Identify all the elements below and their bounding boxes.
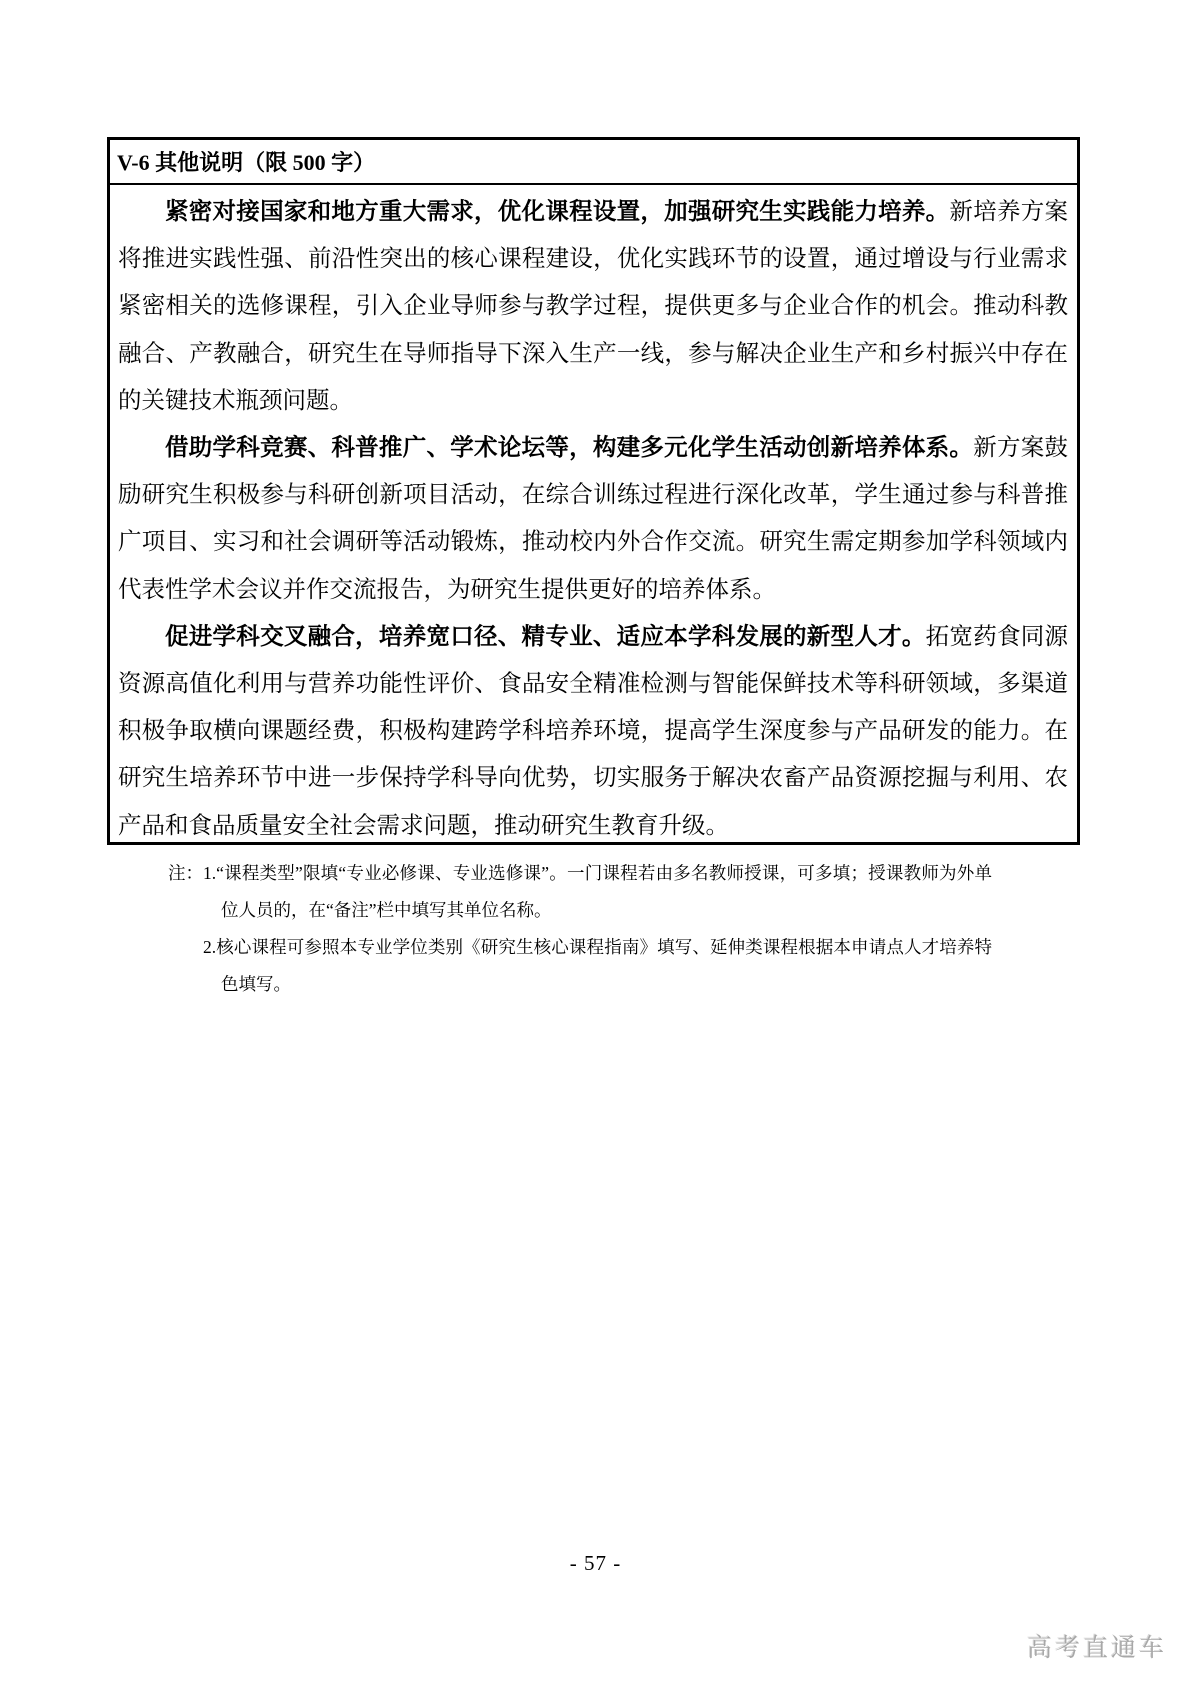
footnotes-label: 注： — [168, 855, 203, 1003]
footnotes: 注： 1.“课程类型”限填“专业必修课、专业选修课”。一门课程若由多名教师授课，… — [168, 855, 992, 1003]
section-body: 紧密对接国家和地方重大需求，优化课程设置，加强研究生实践能力培养。新培养方案将推… — [110, 185, 1077, 845]
section-title: V-6 其他说明（限 500 字） — [110, 140, 1077, 185]
form-section-v6: V-6 其他说明（限 500 字） 紧密对接国家和地方重大需求，优化课程设置，加… — [107, 137, 1080, 845]
paragraph: 促进学科交叉融合，培养宽口径、精专业、适应本学科发展的新型人才。拓宽药食同源资源… — [118, 614, 1068, 845]
paragraph-lead: 借助学科竞赛、科普推广、学术论坛等，构建多元化学生活动创新培养体系。 — [165, 435, 973, 461]
footnote-item: 1.“课程类型”限填“专业必修课、专业选修课”。一门课程若由多名教师授课，可多填… — [203, 855, 992, 929]
paragraph: 借助学科竞赛、科普推广、学术论坛等，构建多元化学生活动创新培养体系。新方案鼓励研… — [118, 425, 1068, 614]
watermark-text: 高考直通车 — [1027, 1628, 1167, 1664]
paragraph-lead: 促进学科交叉融合，培养宽口径、精专业、适应本学科发展的新型人才。 — [165, 624, 926, 650]
paragraph-body: 新培养方案将推进实践性强、前沿性突出的核心课程建设，优化实践环节的设置，通过增设… — [118, 199, 1068, 414]
document-page: V-6 其他说明（限 500 字） 紧密对接国家和地方重大需求，优化课程设置，加… — [0, 0, 1191, 1684]
footnote-list: 1.“课程类型”限填“专业必修课、专业选修课”。一门课程若由多名教师授课，可多填… — [203, 855, 992, 1003]
paragraph-body: 拓宽药食同源资源高值化利用与营养功能性评价、食品安全精准检测与智能保鲜技术等科研… — [118, 624, 1068, 839]
page-number: - 57 - — [0, 1551, 1191, 1576]
paragraph: 紧密对接国家和地方重大需求，优化课程设置，加强研究生实践能力培养。新培养方案将推… — [118, 189, 1068, 425]
footnote-item: 2.核心课程可参照本专业学位类别《研究生核心课程指南》填写、延伸类课程根据本申请… — [203, 929, 992, 1003]
paragraph-lead: 紧密对接国家和地方重大需求，优化课程设置，加强研究生实践能力培养。 — [165, 199, 949, 225]
